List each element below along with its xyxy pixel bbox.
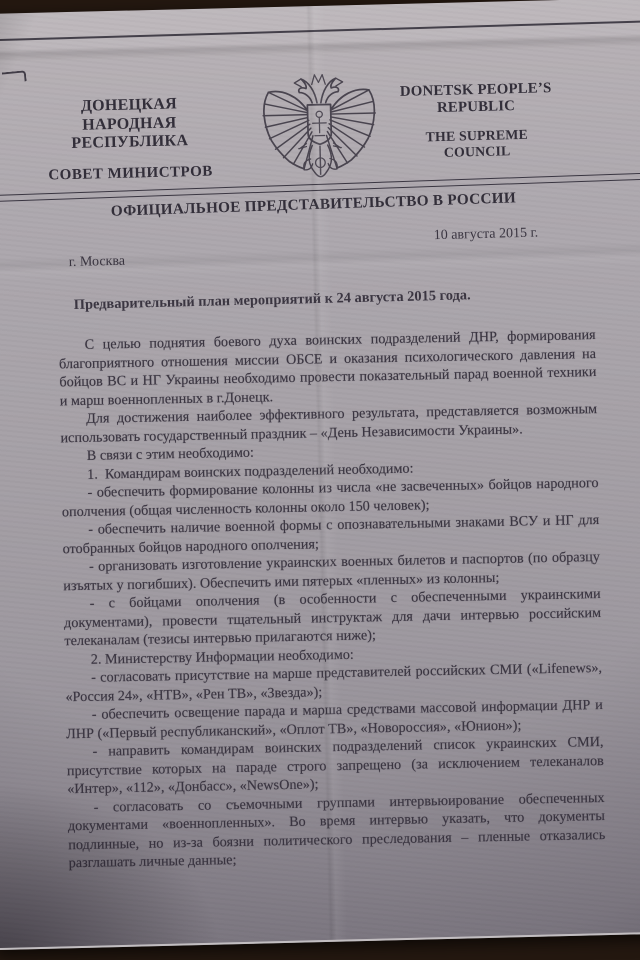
council-name-ru: СОВЕТ МИНИСТРОВ: [38, 163, 222, 184]
document-place: г. Москва: [69, 254, 126, 271]
document-date: 10 августа 2015 г.: [434, 226, 539, 245]
body-paragraph: - направить командирам воинских подразде…: [66, 733, 604, 799]
body-paragraph: - с бойцами ополчения (в особенности с о…: [64, 585, 602, 651]
document-title: Предварительный план мероприятий к 24 ав…: [74, 287, 471, 314]
body-paragraph: С целью поднятия боевого духа воинских п…: [59, 326, 597, 410]
document-body: С целью поднятия боевого духа воинских п…: [59, 326, 606, 873]
pen-mark: [2, 70, 27, 83]
council-name-en: THE SUPREME COUNCIL: [400, 126, 555, 162]
org-name-ru-line1: ДОНЕЦКАЯ НАРОДНАЯ: [37, 94, 222, 135]
letterhead-right: DONETSK PEOPLE’S REPUBLIC THE SUPREME CO…: [398, 80, 554, 162]
photo-frame: ДОНЕЦКАЯ НАРОДНАЯ РЕСПУБЛИКА СОВЕТ МИНИС…: [0, 0, 640, 960]
letterhead-left: ДОНЕЦКАЯ НАРОДНАЯ РЕСПУБЛИКА СОВЕТ МИНИС…: [37, 94, 223, 184]
double-headed-eagle-emblem: [260, 65, 379, 190]
document-paper: ДОНЕЦКАЯ НАРОДНАЯ РЕСПУБЛИКА СОВЕТ МИНИС…: [0, 0, 640, 950]
letterhead-top-rule: [0, 20, 640, 41]
org-name-ru-line2: РЕСПУБЛИКА: [38, 131, 222, 154]
body-paragraph: - согласовать со съемочными группами инт…: [67, 788, 605, 872]
